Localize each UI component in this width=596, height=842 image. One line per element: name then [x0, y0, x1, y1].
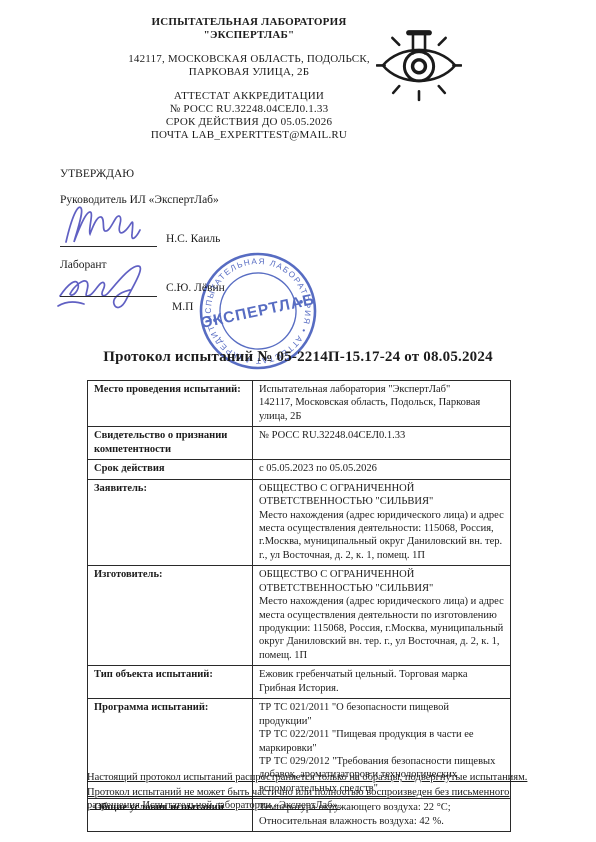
table-row: Свидетельство о признании компетентности… — [88, 427, 511, 460]
stamp-center-text: ЭКСПЕРТЛАБ — [200, 291, 316, 332]
row-label: Заявитель: — [88, 479, 253, 566]
approve-label: УТВЕРЖДАЮ — [60, 168, 134, 180]
row-value: Ежовик гребенчатый цельный. Торговая мар… — [253, 666, 511, 699]
row-value: ОБЩЕСТВО С ОГРАНИЧЕННОЙ ОТВЕТСТВЕННОСТЬЮ… — [253, 566, 511, 666]
row-label: Тип объекта испытаний: — [88, 666, 253, 699]
lab-email: ПОЧТА LAB_EXPERTTEST@MAIL.RU — [68, 129, 430, 142]
footer-note-2: Протокол испытаний не может быть частичн… — [87, 786, 539, 813]
row-label: Изготовитель: — [88, 566, 253, 666]
table-row: Заявитель: ОБЩЕСТВО С ОГРАНИЧЕННОЙ ОТВЕТ… — [88, 479, 511, 566]
row-label: Срок действия — [88, 460, 253, 479]
document-page: ИСПЫТАТЕЛЬНАЯ ЛАБОРАТОРИЯ "ЭКСПЕРТЛАБ" 1… — [0, 0, 596, 842]
row-value: № РОСС RU.32248.04СЕЛ0.1.33 — [253, 427, 511, 460]
table-row: Срок действия с 05.05.2023 по 05.05.2026 — [88, 460, 511, 479]
row-value: ОБЩЕСТВО С ОГРАНИЧЕННОЙ ОТВЕТСТВЕННОСТЬЮ… — [253, 479, 511, 566]
protocol-title: Протокол испытаний № 05-2214П-15.17-24 о… — [0, 349, 596, 366]
table-row: Изготовитель: ОБЩЕСТВО С ОГРАНИЧЕННОЙ ОТ… — [88, 566, 511, 666]
row-label: Свидетельство о признании компетентности — [88, 427, 253, 460]
row-value: Испытательная лаборатория "ЭкспертЛаб" 1… — [253, 381, 511, 427]
protocol-table: Место проведения испытаний: Испытательна… — [87, 380, 511, 832]
head-name: Н.С. Каиль — [166, 233, 220, 245]
table-row: Место проведения испытаний: Испытательна… — [88, 381, 511, 427]
row-label: Место проведения испытаний: — [88, 381, 253, 427]
assistant-signature-line — [60, 295, 157, 297]
head-signature — [62, 200, 172, 248]
seal-placeholder: М.П — [172, 301, 193, 313]
row-value: с 05.05.2023 по 05.05.2026 — [253, 460, 511, 479]
table-row: Тип объекта испытаний: Ежовик гребенчаты… — [88, 666, 511, 699]
footer-notes: Настоящий протокол испытаний распростран… — [87, 771, 539, 814]
head-signature-line — [60, 245, 157, 247]
eye-flask-logo — [376, 24, 462, 106]
accreditation-validity: СРОК ДЕЙСТВИЯ ДО 05.05.2026 — [68, 116, 430, 129]
footer-note-1: Настоящий протокол испытаний распростран… — [87, 771, 539, 785]
